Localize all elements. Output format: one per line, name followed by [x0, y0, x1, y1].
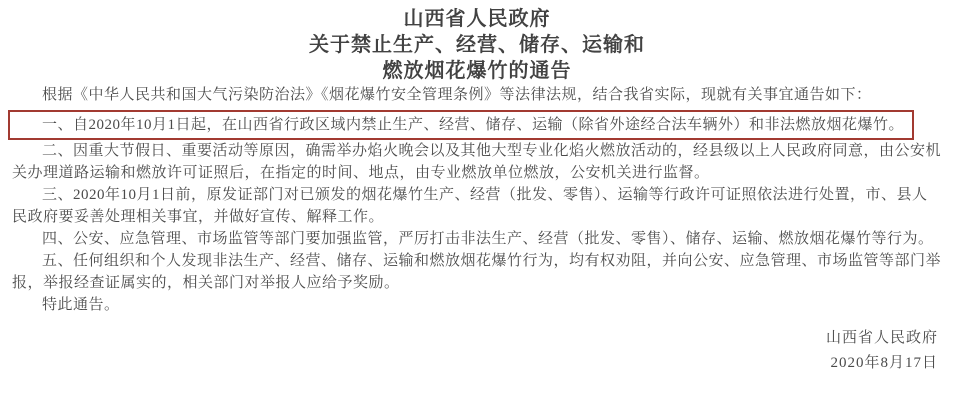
highlight-box: 一、自2020年10月1日起，在山西省行政区域内禁止生产、经营、储存、运输（除省… [8, 110, 914, 140]
signature-block: 山西省人民政府 2020年8月17日 [12, 326, 942, 376]
signature-issuer: 山西省人民政府 [12, 326, 938, 351]
title-line-issuer: 山西省人民政府 [12, 6, 942, 32]
article-paragraph-1: 一、自2020年10月1日起，在山西省行政区域内禁止生产、经营、储存、运输（除省… [12, 114, 904, 136]
title-line-subject: 关于禁止生产、经营、储存、运输和 [12, 32, 942, 58]
article-paragraph-5: 五、任何组织和个人发现非法生产、经营、储存、运输和燃放烟花爆竹行为，均有权劝阻，… [12, 250, 942, 294]
title-line-subject-2: 燃放烟花爆竹的通告 [12, 58, 942, 84]
notice-document: 山西省人民政府 关于禁止生产、经营、储存、运输和 燃放烟花爆竹的通告 根据《中华… [0, 0, 960, 410]
closing-line: 特此通告。 [12, 294, 942, 316]
intro-paragraph: 根据《中华人民共和国大气污染防治法》《烟花爆竹安全管理条例》等法律法规，结合我省… [12, 84, 942, 106]
notice-body: 根据《中华人民共和国大气污染防治法》《烟花爆竹安全管理条例》等法律法规，结合我省… [12, 84, 942, 316]
article-paragraph-4: 四、公安、应急管理、市场监管等部门要加强监管，严厉打击非法生产、经营（批发、零售… [12, 228, 942, 250]
signature-date: 2020年8月17日 [12, 351, 938, 376]
article-paragraph-2: 二、因重大节假日、重要活动等原因，确需举办焰火晚会以及其他大型专业化焰火燃放活动… [12, 140, 942, 184]
article-paragraph-3: 三、2020年10月1日前，原发证部门对已颁发的烟花爆竹生产、经营（批发、零售）… [12, 184, 942, 228]
notice-title: 山西省人民政府 关于禁止生产、经营、储存、运输和 燃放烟花爆竹的通告 [12, 6, 942, 84]
